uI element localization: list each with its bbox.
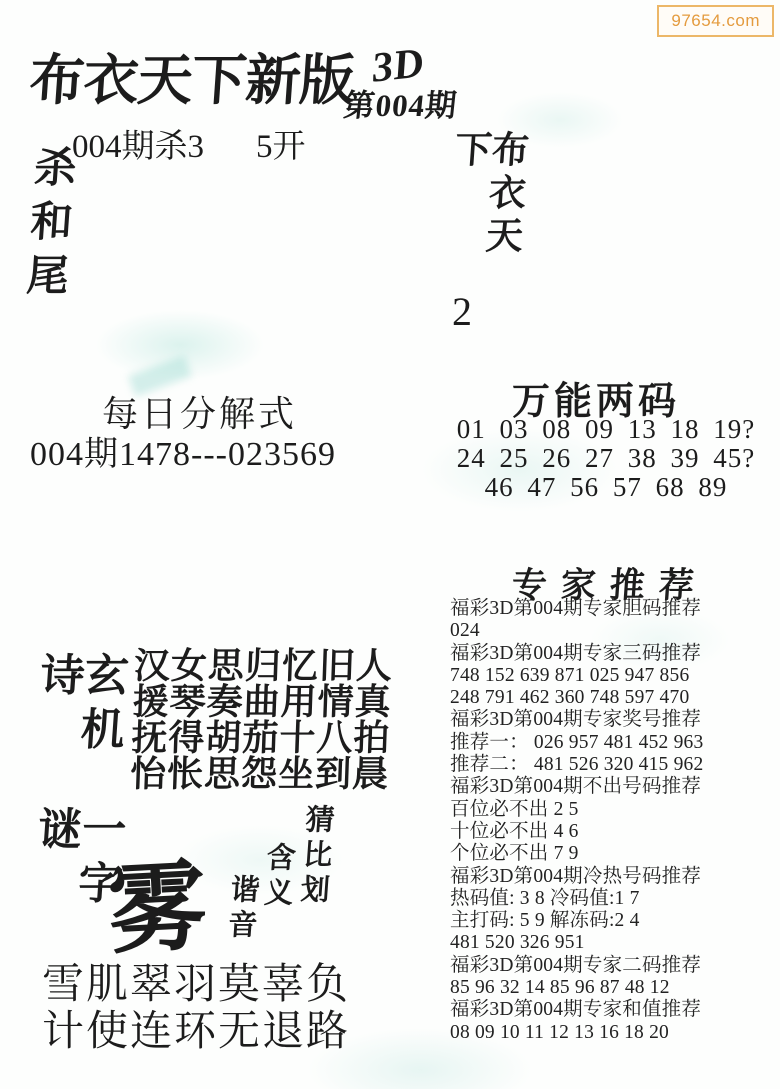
- mystery-poem-line: 汉女思归忆旧人: [133, 648, 393, 684]
- mystery-poem-line: 抚得胡茄十八拍: [131, 720, 391, 756]
- mystery-poem-line: 援琴奏曲用情真: [132, 684, 392, 720]
- expert-line: 福彩3D第004期专家胆码推荐: [450, 598, 780, 620]
- expert-line: 福彩3D第004期专家二码推荐: [450, 955, 780, 977]
- expert-recommendation-block: 福彩3D第004期专家胆码推荐 024 福彩3D第004期专家三码推荐 748 …: [450, 598, 780, 1044]
- daily-decomposition-formula: 004期1478---023569: [30, 426, 336, 475]
- expert-line: 个位必不出 7 9: [450, 843, 780, 865]
- universal-two-codes-grid: 01 03 08 09 13 18 19? 24 25 26 27 38 39 …: [450, 415, 762, 502]
- expert-line: 主打码: 5 9 解冻码:2 4: [450, 910, 780, 932]
- riddle-hint-strokes: 猜比划: [296, 804, 333, 914]
- page-title: 布衣天下新版: [27, 36, 357, 115]
- lottery-sheet-page: 97654.com 布衣天下新版 3D 第004期 004期杀35开 杀和尾 布…: [0, 0, 780, 1089]
- expert-line: 百位必不出 2 5: [450, 799, 780, 821]
- expert-line: 热码值: 3 8 冷码值:1 7: [450, 888, 780, 910]
- expert-line: 481 520 326 951: [450, 932, 780, 954]
- kill-sum-tail-label: 杀和尾: [20, 145, 74, 315]
- mystery-poem-line: 怡怅思怨坐到晨: [129, 756, 389, 792]
- brand-vertical-number: 2: [452, 288, 472, 335]
- mystery-poem-block: 汉女思归忆旧人 援琴奏曲用情真 抚得胡茄十八拍 怡怅思怨坐到晨: [129, 648, 393, 792]
- bottom-poem-line: 雪肌翠羽莫辜负: [42, 962, 350, 1009]
- expert-line: 08 09 10 11 12 13 16 18 20: [450, 1022, 780, 1044]
- issue-number: 第004期: [342, 80, 460, 125]
- expert-line: 推荐二： 481 526 320 415 962: [450, 754, 780, 776]
- expert-line: 248 791 462 360 748 597 470: [450, 687, 780, 709]
- bottom-poem-line: 计使连环无退路: [42, 1009, 350, 1056]
- kill-line-right: 5开: [256, 129, 306, 165]
- expert-line: 福彩3D第004期专家奖号推荐: [450, 709, 780, 731]
- universal-row: 46 47 56 57 68 89: [450, 473, 762, 502]
- mystery-poem-label: 玄机诗: [27, 652, 125, 802]
- expert-line: 福彩3D第004期专家三码推荐: [450, 643, 780, 665]
- expert-line: 024: [450, 620, 780, 642]
- kill-line-left: 004期杀3: [72, 129, 204, 165]
- expert-line: 十位必不出 4 6: [450, 821, 780, 843]
- riddle-character: 雾: [104, 828, 209, 974]
- kill-line: 004期杀35开: [72, 120, 306, 167]
- brand-vertical-label: 布衣天下: [440, 130, 526, 300]
- expert-line: 85 96 32 14 85 96 87 48 12: [450, 977, 780, 999]
- expert-line: 推荐一： 026 957 481 452 963: [450, 732, 780, 754]
- expert-line: 748 152 639 871 025 947 856: [450, 665, 780, 687]
- universal-row: 24 25 26 27 38 39 45?: [450, 444, 762, 473]
- bottom-poem-block: 雪肌翠羽莫辜负 计使连环无退路: [42, 962, 350, 1056]
- riddle-hint-meaning: 含义: [259, 842, 294, 922]
- site-watermark: 97654.com: [657, 5, 774, 37]
- expert-line: 福彩3D第004期专家和值推荐: [450, 999, 780, 1021]
- expert-line: 福彩3D第004期冷热号码推荐: [450, 866, 780, 888]
- riddle-hint-homophone: 谐音: [223, 874, 258, 954]
- universal-row: 01 03 08 09 13 18 19?: [450, 415, 762, 444]
- expert-line: 福彩3D第004期不出号码推荐: [450, 776, 780, 798]
